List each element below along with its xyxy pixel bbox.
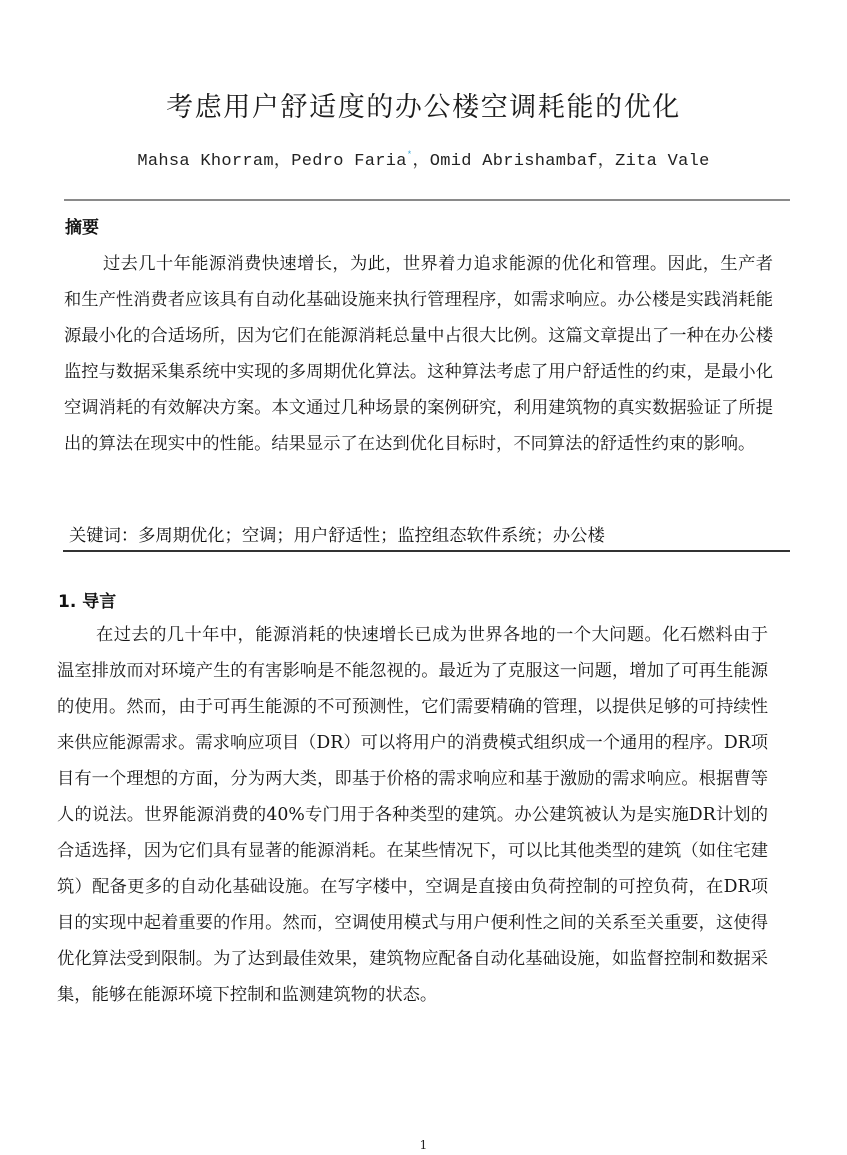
page-number: 1 [0,1138,847,1152]
header-divider [64,199,790,201]
section-title: 导言 [82,592,116,612]
section-number: 1. [58,592,76,612]
abstract-text: 过去几十年能源消费快速增长，为此，世界着力追求能源的优化和管理。因此，生产者和生… [64,246,773,462]
author-separator: ， [598,152,615,171]
author-name: Omid Abrishambaf [430,152,598,171]
author-name: Zita Vale [615,152,710,171]
author-separator: ， [412,152,429,171]
introduction-text: 在过去的几十年中，能源消耗的快速增长已成为世界各地的一个大问题。化石燃料由于温室… [57,617,768,1013]
author-name: Mahsa Khorram [137,152,274,171]
paper-title: 考虑用户舒适度的办公楼空调耗能的优化 [0,88,847,128]
keywords-line: 关键词：多周期优化；空调；用户舒适性；监控组态软件系统；办公楼 [63,523,790,552]
author-separator: ， [274,152,291,171]
abstract-heading: 摘要 [65,215,99,241]
author-name: Pedro Faria [291,152,407,171]
section-heading-introduction: 1.导言 [58,589,116,615]
author-list: Mahsa Khorram，Pedro Faria*，Omid Abrisham… [0,143,847,174]
